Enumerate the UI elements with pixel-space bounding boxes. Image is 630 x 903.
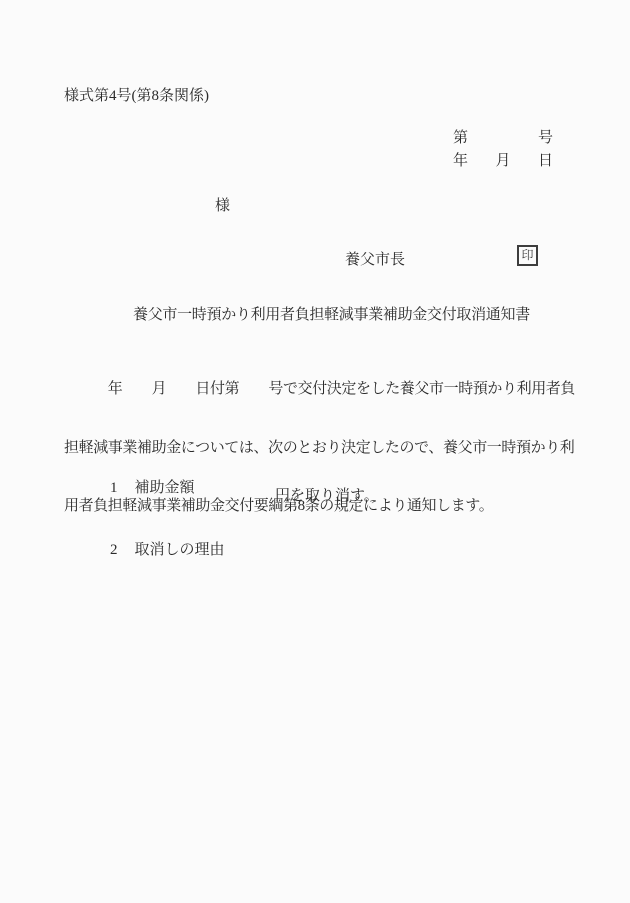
doc-number-suffix: 号 <box>538 126 553 147</box>
item-1-number: 1 <box>110 480 118 496</box>
seal-placeholder-icon: 印 <box>517 245 538 266</box>
date-line: 年 月 日 <box>453 149 553 170</box>
list-item-2: 2取消しの理由 <box>95 521 225 576</box>
sender-title: 養父市長 <box>345 248 405 269</box>
item-1-label: 補助金額 <box>135 480 195 496</box>
document-page: 様式第4号(第8条関係) 第 号 年 月 日 様 養父市長 印 養父市一時預かり… <box>0 0 630 903</box>
date-year-label: 年 <box>453 149 468 170</box>
document-title: 養父市一時預かり利用者負担軽減事業補助金交付取消通知書 <box>133 303 530 324</box>
body-line-1: 年 月 日付第 号で交付決定をした養父市一時預かり利用者負 <box>64 377 576 402</box>
body-line-2: 担軽減事業補助金については、次のとおり決定したので、養父市一時預かり利 <box>64 436 576 461</box>
document-number-line: 第 号 <box>453 126 553 147</box>
doc-number-prefix: 第 <box>453 126 468 147</box>
addressee-honorific: 様 <box>215 194 230 215</box>
date-month-label: 月 <box>495 149 510 170</box>
form-number: 様式第4号(第8条関係) <box>64 84 209 105</box>
date-day-label: 日 <box>538 149 553 170</box>
item-2-label: 取消しの理由 <box>135 542 225 558</box>
item-2-number: 2 <box>110 542 118 558</box>
list-item-1: 1補助金額 <box>95 459 195 514</box>
item-1-detail: 円を取り消す。 <box>275 484 379 505</box>
